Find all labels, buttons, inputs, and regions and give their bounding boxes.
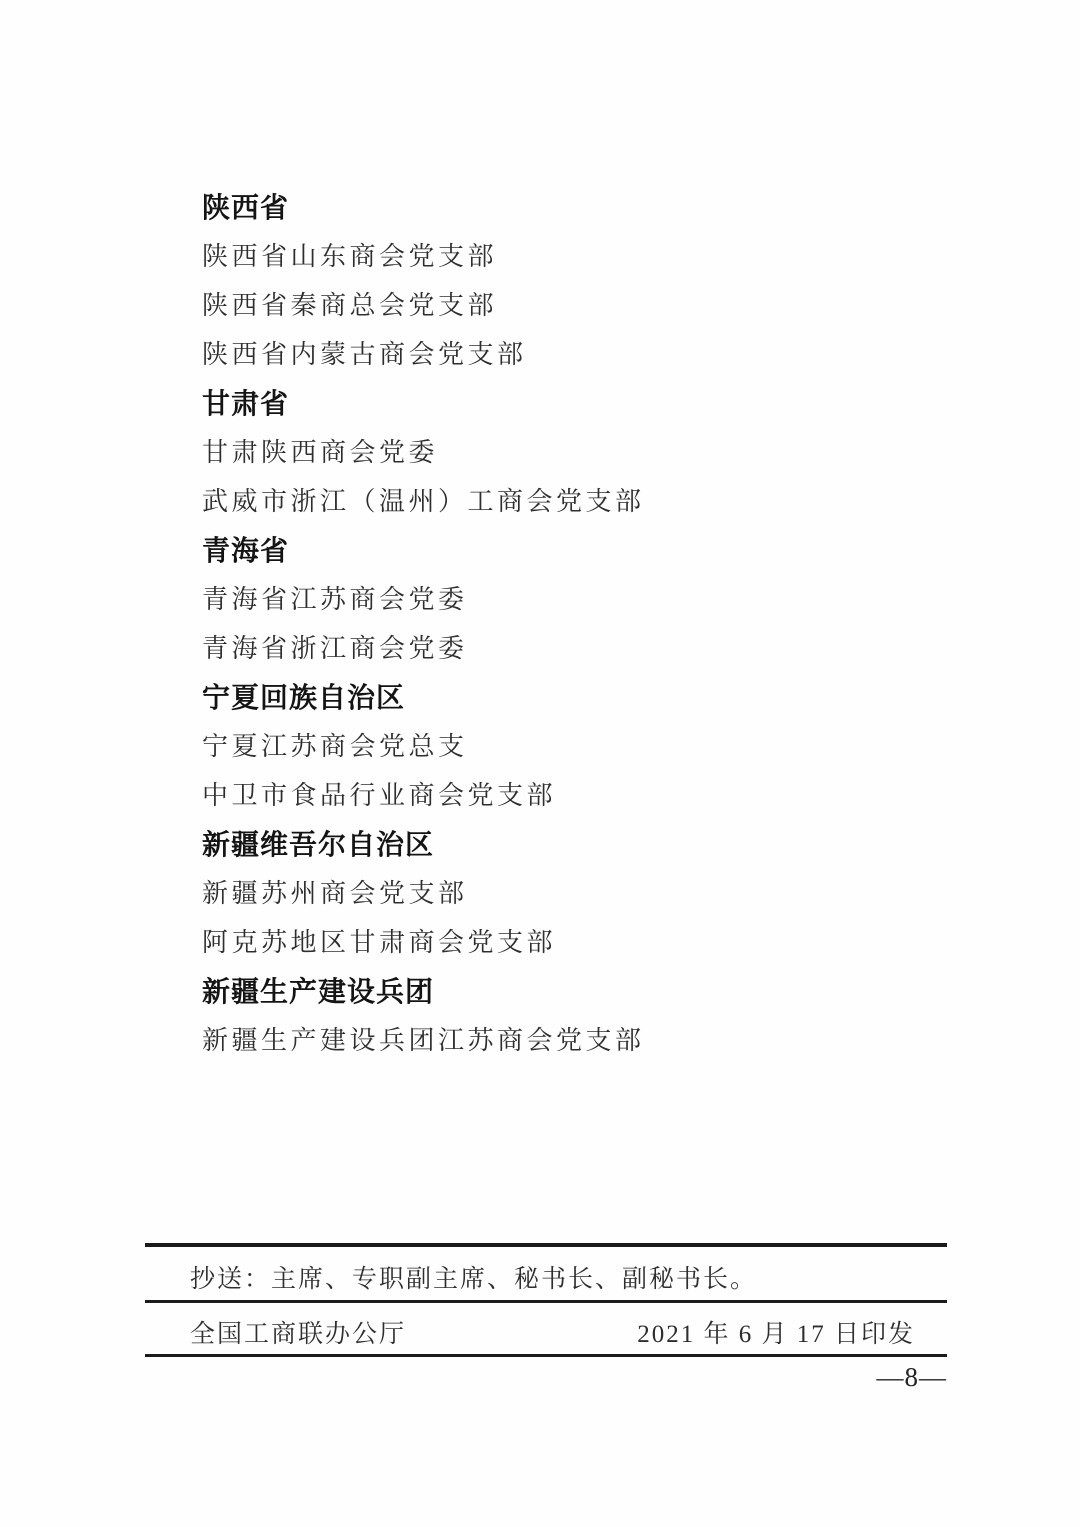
org-list-item: 青海省浙江商会党委: [202, 622, 645, 671]
issuer-row: 全国工商联办公厅 2021 年 6 月 17 日印发: [190, 1314, 915, 1350]
org-list-item: 阿克苏地区甘肃商会党支部: [202, 916, 645, 965]
province-heading: 青海省: [202, 524, 645, 573]
org-list-item: 青海省江苏商会党委: [202, 573, 645, 622]
org-list-item: 陕西省山东商会党支部: [202, 230, 645, 279]
org-list-item: 新疆生产建设兵团江苏商会党支部: [202, 1014, 645, 1063]
province-list: 陕西省陕西省山东商会党支部陕西省秦商总会党支部陕西省内蒙古商会党支部甘肃省甘肃陕…: [202, 181, 645, 1063]
org-list-item: 新疆苏州商会党支部: [202, 867, 645, 916]
province-heading: 新疆维吾尔自治区: [202, 818, 645, 867]
footer-divider-middle: [145, 1300, 947, 1303]
cc-line: 抄送：主席、专职副主席、秘书长、副秘书长。: [190, 1259, 757, 1295]
province-heading: 陕西省: [202, 181, 645, 230]
page-number: —8—: [877, 1362, 948, 1393]
issue-date: 2021 年 6 月 17 日印发: [637, 1314, 915, 1350]
org-list-item: 宁夏江苏商会党总支: [202, 720, 645, 769]
org-list-item: 甘肃陕西商会党委: [202, 426, 645, 475]
org-list-item: 陕西省内蒙古商会党支部: [202, 328, 645, 377]
org-list-item: 武威市浙江（温州）工商会党支部: [202, 475, 645, 524]
province-heading: 甘肃省: [202, 377, 645, 426]
org-list-item: 陕西省秦商总会党支部: [202, 279, 645, 328]
document-page: 陕西省陕西省山东商会党支部陕西省秦商总会党支部陕西省内蒙古商会党支部甘肃省甘肃陕…: [0, 0, 1080, 1527]
footer-divider-top: [145, 1243, 947, 1247]
province-heading: 宁夏回族自治区: [202, 671, 645, 720]
province-heading: 新疆生产建设兵团: [202, 965, 645, 1014]
issuing-office: 全国工商联办公厅: [190, 1314, 406, 1350]
footer-divider-bottom: [145, 1354, 947, 1357]
org-list-item: 中卫市食品行业商会党支部: [202, 769, 645, 818]
